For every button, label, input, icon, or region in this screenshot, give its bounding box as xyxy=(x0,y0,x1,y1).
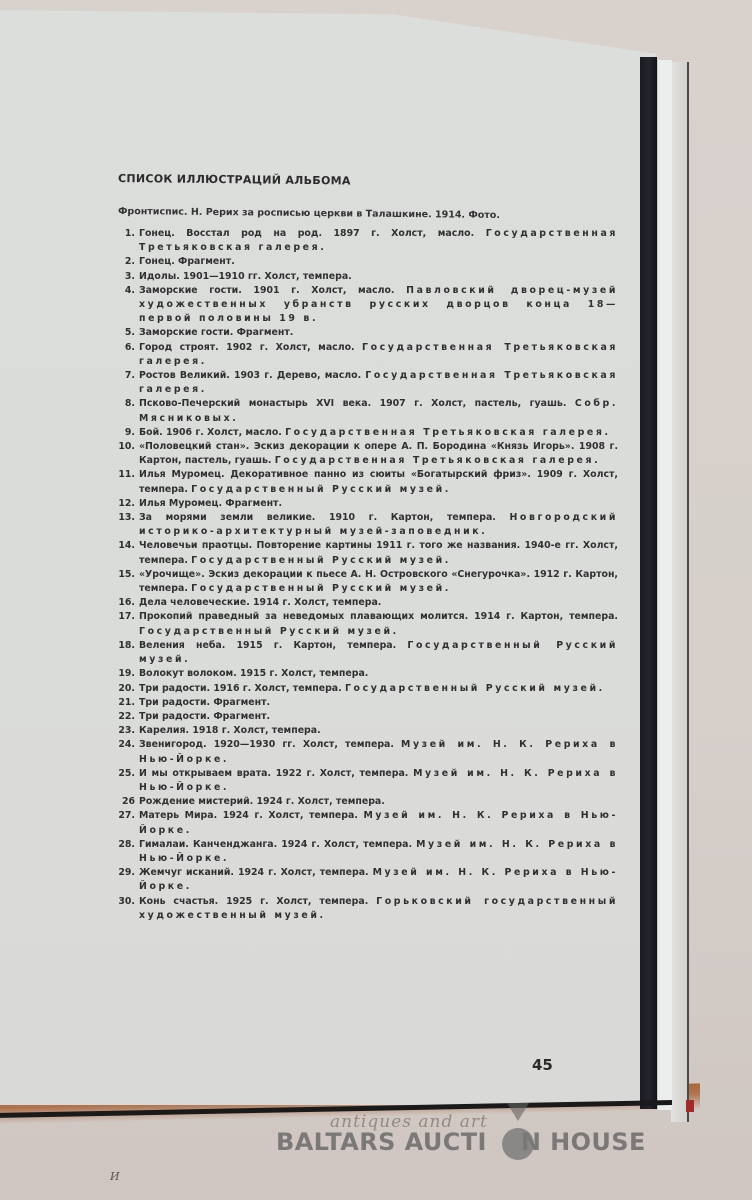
list-item: 6.Город строят. 1902 г. Холст, масло. Го… xyxy=(118,341,618,369)
list-item: 14.Человечьи праотцы. Повторение картины… xyxy=(118,539,618,567)
item-caption: Заморские гости. Фрагмент. xyxy=(139,326,618,340)
item-title-details: И мы открываем врата. 1922 г. Холст, тем… xyxy=(139,768,413,779)
list-item: 28.Гималаи. Канченджанга. 1924 г. Холст,… xyxy=(118,838,618,866)
list-item: 10.«Половецкий стан». Эскиз декорации к … xyxy=(118,440,618,468)
item-number: 5. xyxy=(118,326,139,340)
item-collection: Государственная Третьяковская галерея. xyxy=(285,427,611,438)
book-edge-black xyxy=(640,57,657,1109)
item-title-details: Три радости. Фрагмент. xyxy=(139,711,270,722)
list-item: 12.Илья Муромец. Фрагмент. xyxy=(118,497,618,511)
item-title-details: Матерь Мира. 1924 г. Холст, темпера. xyxy=(139,810,363,821)
item-caption: Жемчуг исканий. 1924 г. Холст, темпера. … xyxy=(139,866,618,894)
item-title-details: За морями земли великие. 1910 г. Картон,… xyxy=(139,512,509,523)
item-title-details: Бой. 1906 г. Холст, масло. xyxy=(139,427,285,438)
list-item: 26Рождение мистерий. 1924 г. Холст, темп… xyxy=(118,795,618,809)
crown-icon xyxy=(507,1103,529,1121)
item-caption: Гималаи. Канченджанга. 1924 г. Холст, те… xyxy=(139,838,618,866)
illustration-list: 1.Гонец. Восстал род на род. 1897 г. Хол… xyxy=(118,227,618,923)
item-caption: Псково-Печерский монастырь XVI века. 190… xyxy=(139,397,618,425)
item-caption: Карелия. 1918 г. Холст, темпера. xyxy=(139,724,618,738)
item-collection: Государственный Русский музей. xyxy=(139,626,399,637)
item-caption: За морями земли великие. 1910 г. Картон,… xyxy=(139,511,618,539)
item-caption: Звенигород. 1920—1930 гг. Холст, темпера… xyxy=(139,738,618,766)
item-title-details: Три радости. Фрагмент. xyxy=(139,697,270,708)
book-edge-outer xyxy=(671,62,689,1122)
item-caption: Заморские гости. 1901 г. Холст, масло. П… xyxy=(139,284,618,327)
list-item: 29.Жемчуг исканий. 1924 г. Холст, темпер… xyxy=(118,866,618,894)
item-number: 13. xyxy=(118,511,139,539)
item-caption: Матерь Мира. 1924 г. Холст, темпера. Муз… xyxy=(139,809,618,837)
item-caption: Конь счастья. 1925 г. Холст, темпера. Го… xyxy=(139,895,618,923)
item-title-details: Заморские гости. 1901 г. Холст, масло. xyxy=(139,285,406,296)
list-item: 18.Веления неба. 1915 г. Картон, темпера… xyxy=(118,639,618,667)
item-title-details: Веления неба. 1915 г. Картон, темпера. xyxy=(139,640,407,651)
item-collection: Государственный Русский музей. xyxy=(191,484,451,495)
book-corner-red xyxy=(686,1100,694,1112)
list-item: 3.Идолы. 1901—1910 гг. Холст, темпера. xyxy=(118,270,618,284)
item-number: 27. xyxy=(118,809,139,837)
item-number: 22. xyxy=(118,710,139,724)
item-caption: Прокопий праведный за неведомых плавающи… xyxy=(139,610,618,638)
item-number: 25. xyxy=(118,767,139,795)
list-item: 7.Ростов Великий. 1903 г. Дерево, масло.… xyxy=(118,369,618,397)
watermark-title: BALTARS AUCTIN HOUSE xyxy=(276,1128,646,1156)
watermark-title-right: N HOUSE xyxy=(521,1128,646,1156)
item-title-details: Прокопий праведный за неведомых плавающи… xyxy=(139,611,618,622)
item-number: 18. xyxy=(118,639,139,667)
item-number: 17. xyxy=(118,610,139,638)
item-number: 14. xyxy=(118,539,139,567)
item-number: 16. xyxy=(118,596,139,610)
list-item: 9.Бой. 1906 г. Холст, масло. Государстве… xyxy=(118,426,618,440)
item-number: 19. xyxy=(118,667,139,681)
item-number: 21. xyxy=(118,696,139,710)
item-caption: Рождение мистерий. 1924 г. Холст, темпер… xyxy=(139,795,618,809)
item-number: 29. xyxy=(118,866,139,894)
item-collection: Государственный Русский музей. xyxy=(345,683,605,694)
list-item: 13.За морями земли великие. 1910 г. Карт… xyxy=(118,511,618,539)
item-caption: «Половецкий стан». Эскиз декорации к опе… xyxy=(139,440,618,468)
item-title-details: Ростов Великий. 1903 г. Дерево, масло. xyxy=(139,370,365,381)
item-number: 30. xyxy=(118,895,139,923)
item-number: 26 xyxy=(118,795,139,809)
item-title-details: Идолы. 1901—1910 гг. Холст, темпера. xyxy=(139,271,352,282)
item-caption: Человечьи праотцы. Повторение картины 19… xyxy=(139,539,618,567)
item-caption: Три радости. Фрагмент. xyxy=(139,710,618,724)
item-title-details: Рождение мистерий. 1924 г. Холст, темпер… xyxy=(139,796,385,807)
item-caption: Гонец. Восстал род на род. 1897 г. Холст… xyxy=(139,227,618,255)
item-number: 28. xyxy=(118,838,139,866)
page-number: 45 xyxy=(532,1056,553,1074)
item-caption: «Урочище». Эскиз декорации к пьесе А. Н.… xyxy=(139,568,618,596)
item-title-details: Гонец. Восстал род на род. 1897 г. Холст… xyxy=(139,228,486,239)
item-title-details: Дела человеческие. 1914 г. Холст, темпер… xyxy=(139,597,381,608)
item-title-details: Псково-Печерский монастырь XVI века. 190… xyxy=(139,398,575,409)
item-caption: Ростов Великий. 1903 г. Дерево, масло. Г… xyxy=(139,369,618,397)
watermark-title-left: BALTARS AUCTI xyxy=(276,1128,487,1156)
item-caption: Идолы. 1901—1910 гг. Холст, темпера. xyxy=(139,270,618,284)
item-caption: Илья Муромец. Декоративное панно из сюит… xyxy=(139,468,618,496)
item-number: 9. xyxy=(118,426,139,440)
item-number: 10. xyxy=(118,440,139,468)
watermark-logo-circle-icon xyxy=(502,1128,534,1160)
list-item: 25.И мы открываем врата. 1922 г. Холст, … xyxy=(118,767,618,795)
item-title-details: Илья Муромец. Фрагмент. xyxy=(139,498,282,509)
item-caption: Бой. 1906 г. Холст, масло. Государственн… xyxy=(139,426,618,440)
list-item: 21.Три радости. Фрагмент. xyxy=(118,696,618,710)
list-item: 5.Заморские гости. Фрагмент. xyxy=(118,326,618,340)
handwritten-mark: И xyxy=(110,1170,120,1183)
list-item: 24.Звенигород. 1920—1930 гг. Холст, темп… xyxy=(118,738,618,766)
item-collection: Государственный Русский музей. xyxy=(191,555,451,566)
item-caption: Веления неба. 1915 г. Картон, темпера. Г… xyxy=(139,639,618,667)
list-item: 23.Карелия. 1918 г. Холст, темпера. xyxy=(118,724,618,738)
item-title-details: Три радости. 1916 г. Холст, темпера. xyxy=(139,683,345,694)
list-item: 1.Гонец. Восстал род на род. 1897 г. Хол… xyxy=(118,227,618,255)
item-caption: Дела человеческие. 1914 г. Холст, темпер… xyxy=(139,596,618,610)
item-number: 24. xyxy=(118,738,139,766)
item-number: 2. xyxy=(118,255,139,269)
item-caption: Волокут волоком. 1915 г. Холст, темпера. xyxy=(139,667,618,681)
item-number: 12. xyxy=(118,497,139,511)
list-item: 11.Илья Муромец. Декоративное панно из с… xyxy=(118,468,618,496)
item-title-details: Гонец. Фрагмент. xyxy=(139,256,235,267)
item-number: 3. xyxy=(118,270,139,284)
item-caption: Три радости. Фрагмент. xyxy=(139,696,618,710)
list-item: 19.Волокут волоком. 1915 г. Холст, темпе… xyxy=(118,667,618,681)
item-title-details: Гималаи. Канченджанга. 1924 г. Холст, те… xyxy=(139,839,416,850)
item-caption: Город строят. 1902 г. Холст, масло. Госу… xyxy=(139,341,618,369)
item-collection: Государственный Русский музей. xyxy=(191,583,451,594)
item-caption: Гонец. Фрагмент. xyxy=(139,255,618,269)
list-item: 20.Три радости. 1916 г. Холст, темпера. … xyxy=(118,682,618,696)
item-title-details: Звенигород. 1920—1930 гг. Холст, темпера… xyxy=(139,739,401,750)
item-caption: Илья Муромец. Фрагмент. xyxy=(139,497,618,511)
item-title-details: Карелия. 1918 г. Холст, темпера. xyxy=(139,725,321,736)
list-item: 4.Заморские гости. 1901 г. Холст, масло.… xyxy=(118,284,618,327)
item-number: 7. xyxy=(118,369,139,397)
item-caption: И мы открываем врата. 1922 г. Холст, тем… xyxy=(139,767,618,795)
item-number: 1. xyxy=(118,227,139,255)
list-item: 27.Матерь Мира. 1924 г. Холст, темпера. … xyxy=(118,809,618,837)
item-number: 4. xyxy=(118,284,139,327)
list-item: 16.Дела человеческие. 1914 г. Холст, тем… xyxy=(118,596,618,610)
item-caption: Три радости. 1916 г. Холст, темпера. Гос… xyxy=(139,682,618,696)
item-title-details: Волокут волоком. 1915 г. Холст, темпера. xyxy=(139,668,368,679)
list-item: 15.«Урочище». Эскиз декорации к пьесе А.… xyxy=(118,568,618,596)
item-number: 6. xyxy=(118,341,139,369)
list-item: 2.Гонец. Фрагмент. xyxy=(118,255,618,269)
item-title-details: Город строят. 1902 г. Холст, масло. xyxy=(139,342,362,353)
frontispiece-caption: Фронтиспис. Н. Рерих за росписью церкви … xyxy=(118,206,618,222)
item-title-details: Конь счастья. 1925 г. Холст, темпера. xyxy=(139,896,376,907)
item-number: 11. xyxy=(118,468,139,496)
item-number: 8. xyxy=(118,397,139,425)
book-edge-inner xyxy=(657,60,672,1110)
item-collection: Государственная Третьяковская галерея. xyxy=(275,455,601,466)
item-number: 20. xyxy=(118,682,139,696)
list-item: 30.Конь счастья. 1925 г. Холст, темпера.… xyxy=(118,895,618,923)
item-number: 23. xyxy=(118,724,139,738)
list-item: 8.Псково-Печерский монастырь XVI века. 1… xyxy=(118,397,618,425)
item-title-details: Заморские гости. Фрагмент. xyxy=(139,327,293,338)
item-title-details: Жемчуг исканий. 1924 г. Холст, темпера. xyxy=(139,867,373,878)
list-item: 22.Три радости. Фрагмент. xyxy=(118,710,618,724)
page-title: СПИСОК ИЛЛЮСТРАЦИЙ АЛЬБОМА xyxy=(118,172,618,190)
illustration-list-section: СПИСОК ИЛЛЮСТРАЦИЙ АЛЬБОМА Фронтиспис. Н… xyxy=(118,172,618,923)
item-number: 15. xyxy=(118,568,139,596)
list-item: 17.Прокопий праведный за неведомых плава… xyxy=(118,610,618,638)
